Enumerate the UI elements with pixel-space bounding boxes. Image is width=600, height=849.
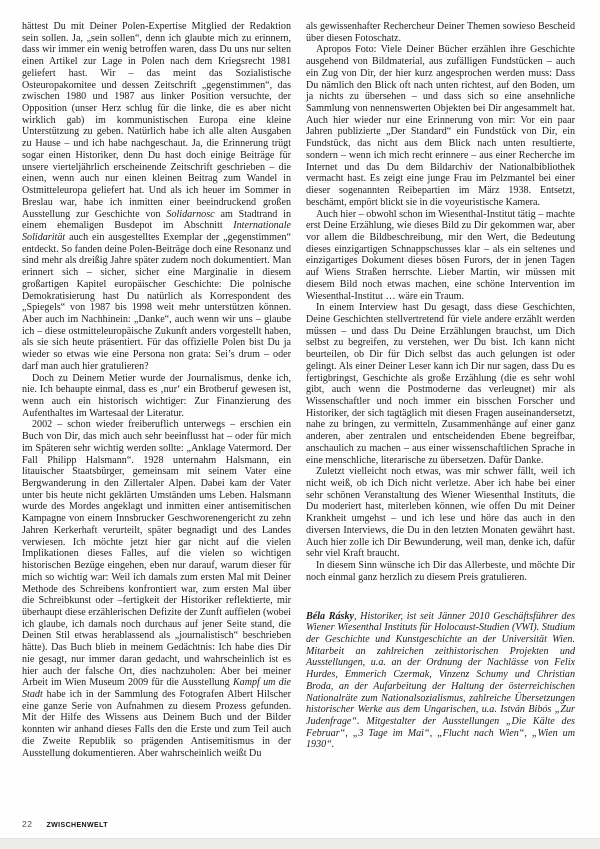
paragraph: Auch hier – obwohl schon im Wiesenthal-I… bbox=[306, 209, 575, 303]
paragraph: Zuletzt vielleicht noch etwas, was mir s… bbox=[306, 466, 575, 560]
paragraph: als gewissenhafter Rechercheur Deiner Th… bbox=[306, 21, 575, 44]
text-column-right: als gewissenhafter Rechercheur Deiner Th… bbox=[306, 21, 575, 759]
paragraph: Doch zu Deinem Metier wurde der Journali… bbox=[22, 373, 291, 420]
journal-title: ZWISCHENWELT bbox=[46, 822, 107, 829]
paragraph: In einem Interview hast Du gesagt, dass … bbox=[306, 302, 575, 466]
paragraph: 2002 – schon wieder freiberuflich unterw… bbox=[22, 419, 291, 759]
page-number: 22 bbox=[22, 819, 32, 829]
paragraph: hättest Du mit Deiner Polen-Expertise Mi… bbox=[22, 21, 291, 373]
document-page: hättest Du mit Deiner Polen-Expertise Mi… bbox=[0, 0, 600, 849]
two-column-layout: hättest Du mit Deiner Polen-Expertise Mi… bbox=[22, 21, 579, 759]
author-bio: Béla Rásky, Historiker, ist seit Jänner … bbox=[306, 611, 575, 752]
paragraph: Apropos Foto: Viele Deiner Bücher erzähl… bbox=[306, 44, 575, 208]
paragraph: In diesem Sinn wünsche ich Dir das Aller… bbox=[306, 560, 575, 583]
text-column-left: hättest Du mit Deiner Polen-Expertise Mi… bbox=[22, 21, 291, 759]
page-bottom-edge bbox=[0, 838, 600, 849]
page-footer: 22 ZWISCHENWELT bbox=[22, 819, 108, 829]
